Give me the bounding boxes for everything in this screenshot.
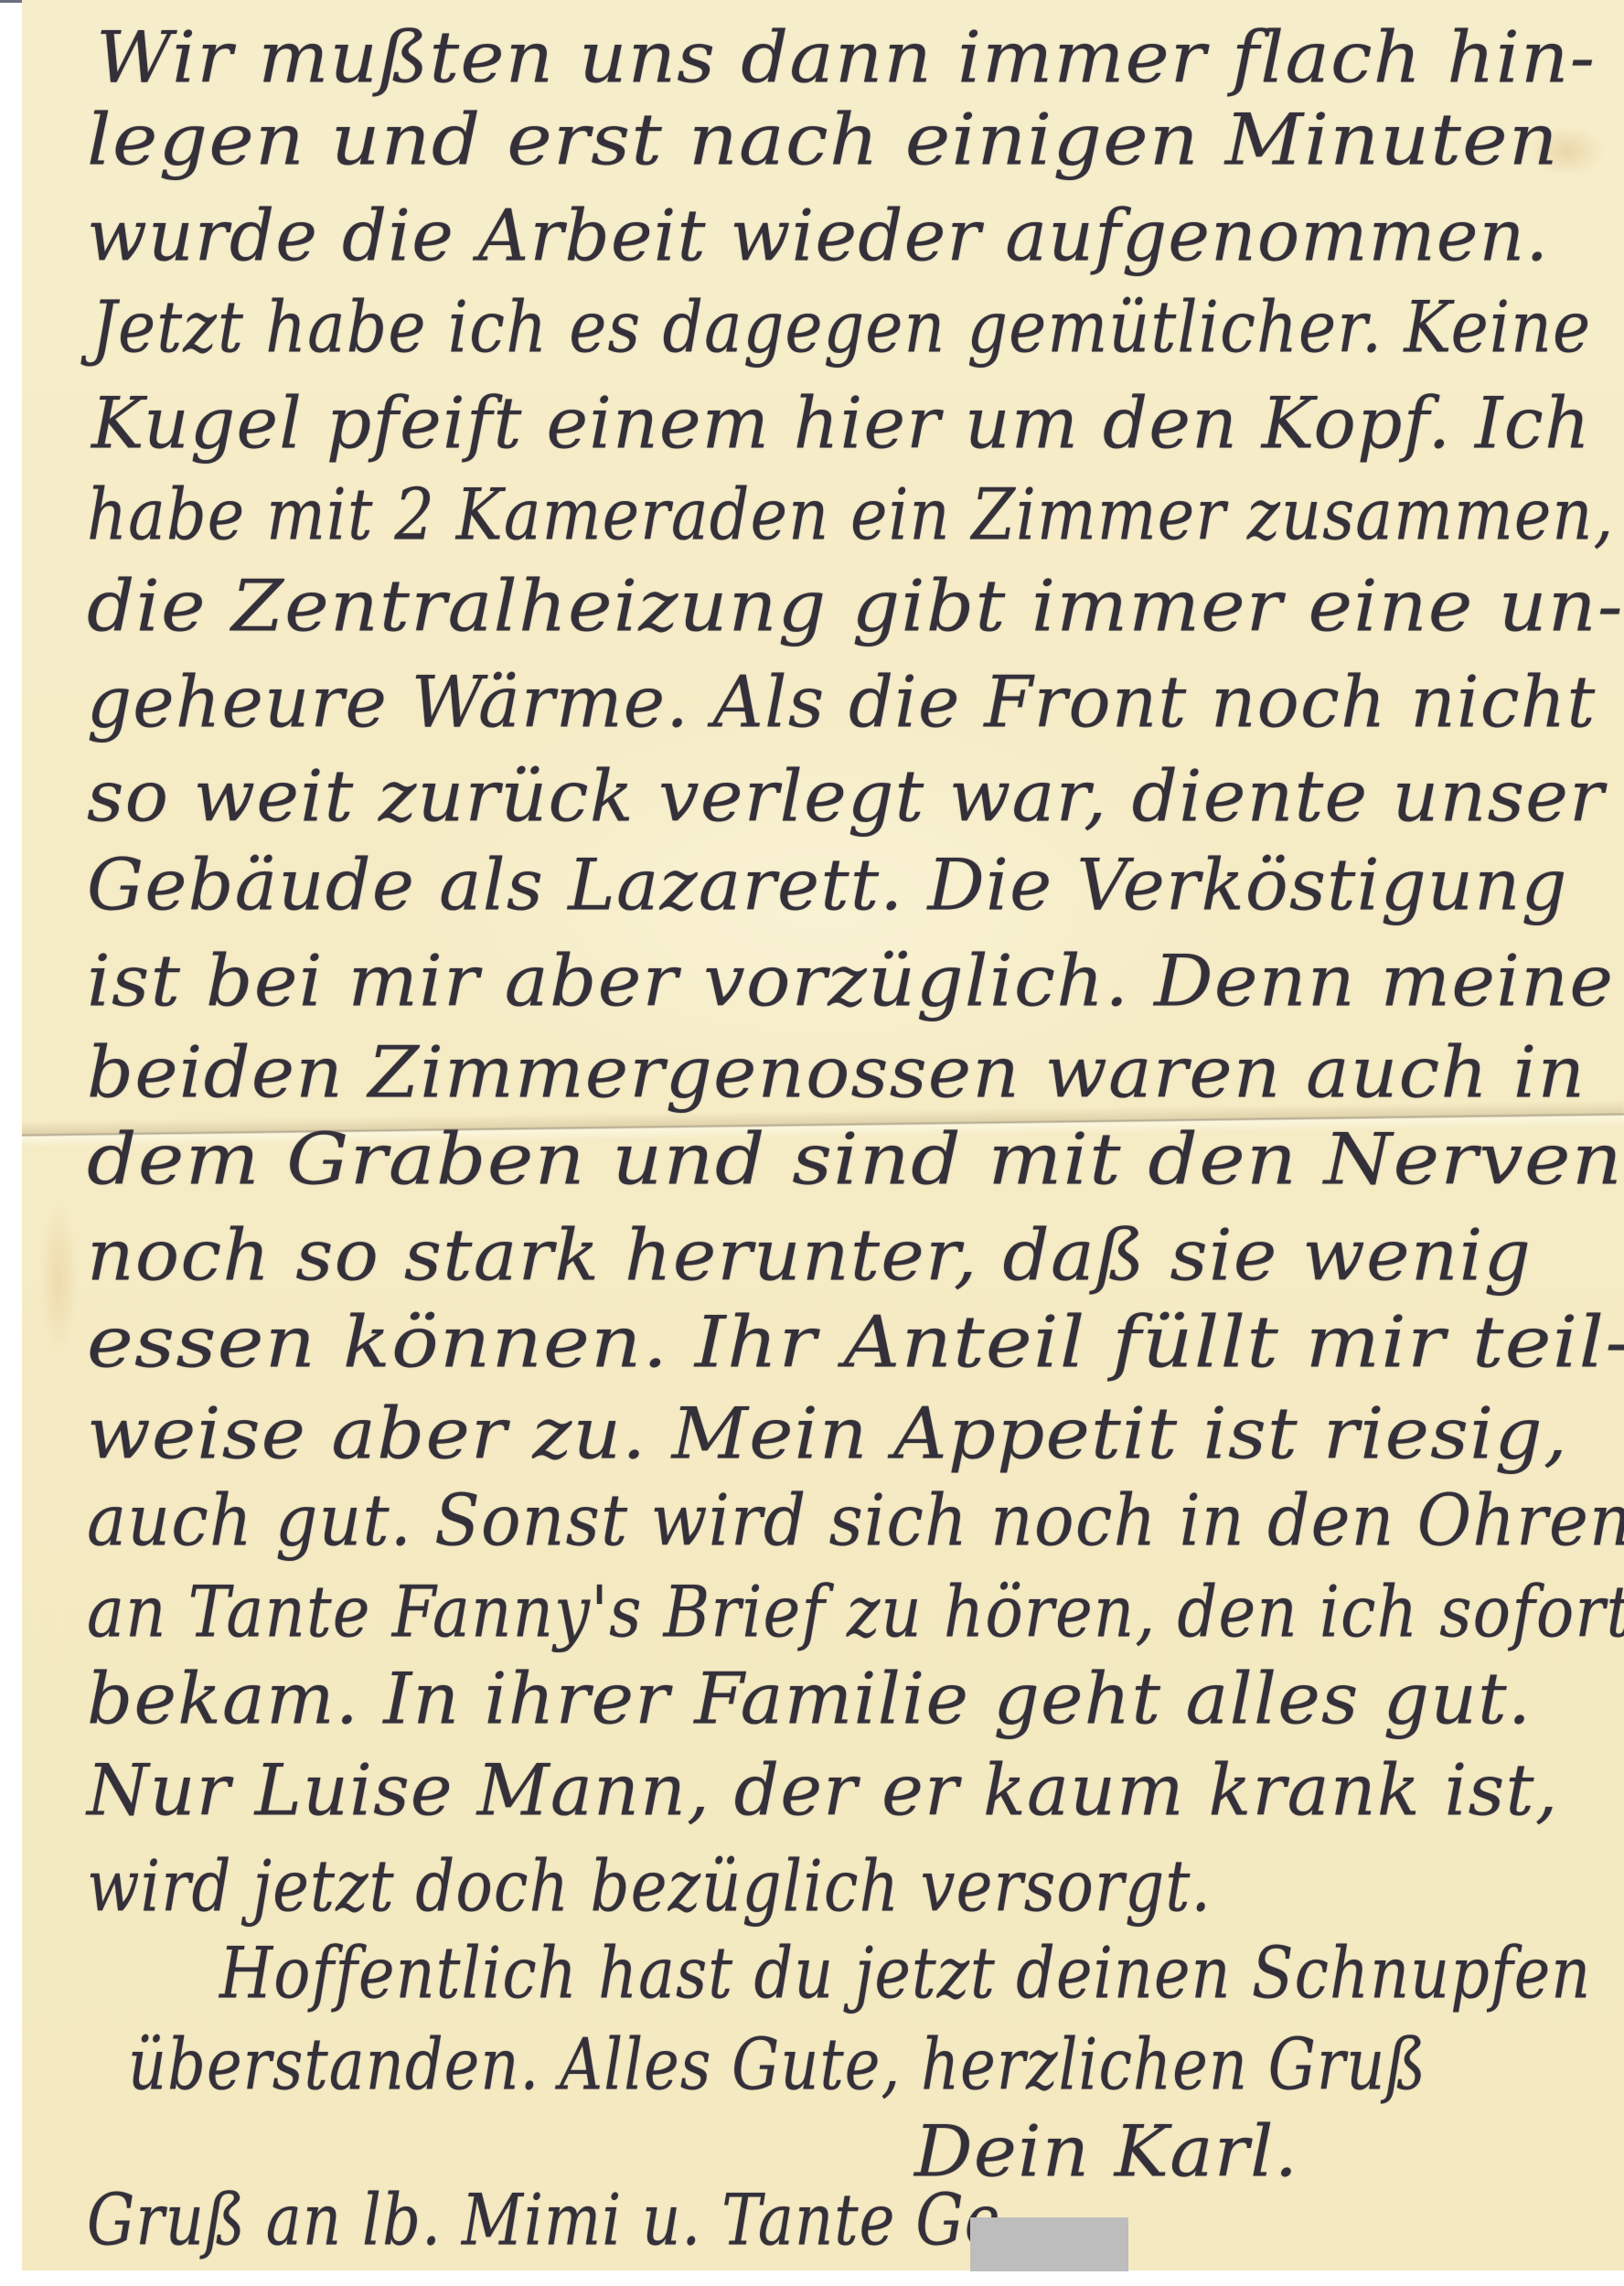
handwritten-line: so weit zurück verlegt war, diente unser	[87, 762, 1605, 833]
handwritten-line: noch so stark herunter, daß sie wenig	[87, 1221, 1532, 1292]
handwritten-line-closing: Hoffentlich hast du jetzt deinen Schnupf…	[219, 1939, 1591, 2010]
handwritten-line: an Tante Fanny's Brief zu hören, den ich…	[87, 1577, 1624, 1649]
handwritten-line: die Zentralheizung gibt immer eine un-	[87, 571, 1624, 643]
postscript-line: Gruß an lb. Mimi u. Tante Ge	[87, 2185, 1001, 2257]
handwritten-line: beiden Zimmergenossen waren auch in	[87, 1038, 1586, 1109]
handwritten-line: Gebäude als Lazarett. Die Verköstigung	[87, 850, 1568, 922]
handwritten-line: geheure Wärme. Als die Front noch nicht	[87, 668, 1596, 739]
handwritten-line: dem Graben und sind mit den Nerven	[87, 1125, 1623, 1196]
handwritten-line: Wir mußten uns dann immer flach hin-	[96, 23, 1596, 94]
scan-edge-mark	[0, 0, 22, 3]
handwritten-line: auch gut. Sonst wird sich noch in den Oh…	[87, 1486, 1624, 1557]
signature: Dein Karl.	[914, 2117, 1298, 2188]
handwritten-line: bekam. In ihrer Familie geht alles gut.	[87, 1664, 1532, 1736]
handwritten-line: Jetzt habe ich es dagegen gemütlicher. K…	[91, 293, 1591, 364]
handwritten-line-greeting: überstanden. Alles Gute, herzlichen Gruß	[128, 2030, 1426, 2101]
handwritten-line: wurde die Arbeit wieder aufgenommen.	[87, 201, 1549, 272]
handwritten-line: weise aber zu. Mein Appetit ist riesig,	[87, 1399, 1568, 1470]
handwritten-line: habe mit 2 Kameraden ein Zimmer zusammen…	[87, 480, 1614, 551]
handwritten-line: ist bei mir aber vorzüglich. Denn meine	[87, 946, 1614, 1018]
handwritten-line: essen können. Ihr Anteil füllt mir teil-	[87, 1308, 1624, 1379]
handwritten-line: Nur Luise Mann, der er kaum krank ist,	[87, 1756, 1559, 1827]
handwritten-line: wird jetzt doch bezüglich versorgt.	[87, 1852, 1212, 1923]
handwritten-line: Kugel pfeift einem hier um den Kopf. Ich	[91, 389, 1591, 460]
redaction-box	[970, 2217, 1128, 2271]
handwritten-line: legen und erst nach einigen Minuten	[87, 105, 1559, 176]
